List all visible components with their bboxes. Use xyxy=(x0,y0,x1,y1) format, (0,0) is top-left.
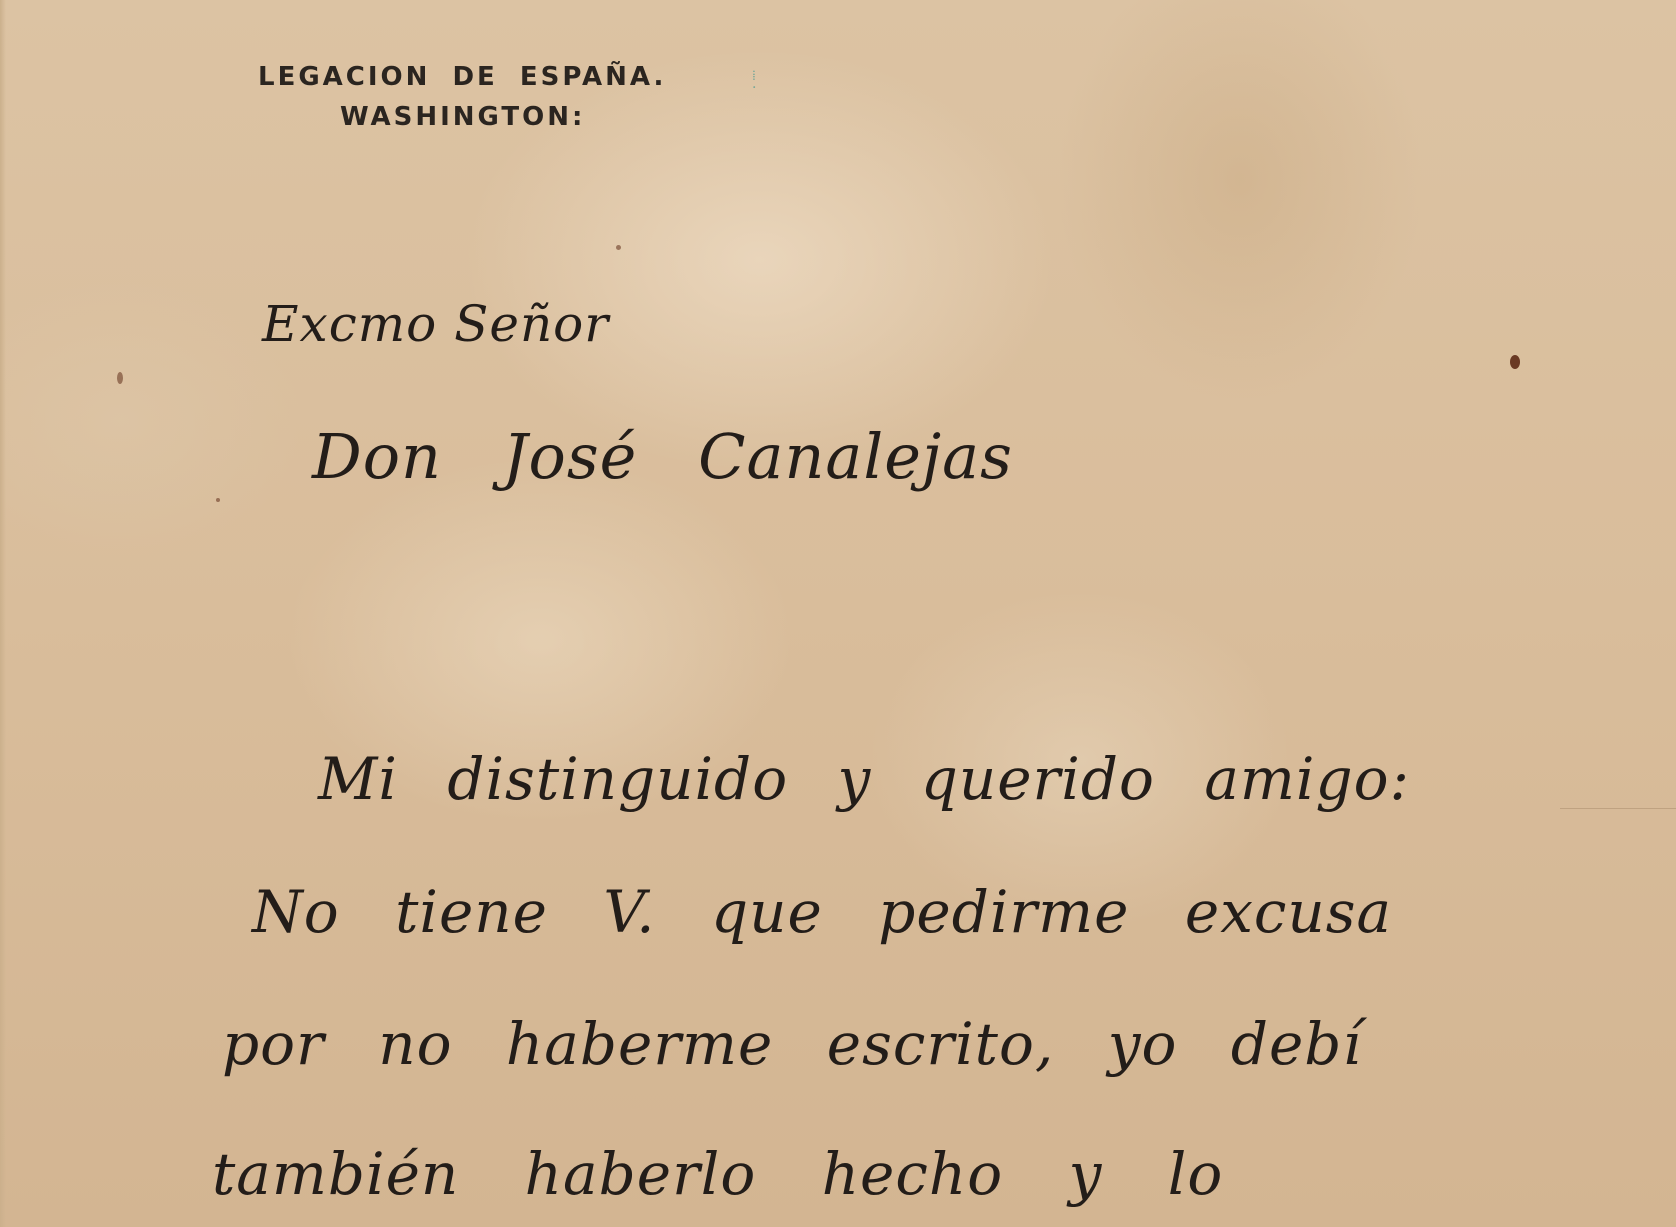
letterhead: LEGACION DE ESPAÑA. WASHINGTON: xyxy=(258,62,666,132)
letterhead-legation: LEGACION DE ESPAÑA. xyxy=(258,62,666,92)
body-line: también haberlo hecho y lo xyxy=(212,1140,1223,1208)
foxing-spot xyxy=(616,245,621,250)
paper-edge xyxy=(0,0,6,1227)
foxing-spot xyxy=(1510,355,1520,369)
foxing-spot xyxy=(117,372,123,384)
foxing-spot xyxy=(216,498,220,502)
letterhead-city: WASHINGTON: xyxy=(340,102,666,132)
paper-crease xyxy=(1560,808,1676,809)
body-line: Mi distinguido y querido amigo: xyxy=(318,745,1410,813)
salutation: Excmo Señor xyxy=(262,295,609,353)
recipient-name: Don José Canalejas xyxy=(312,420,1013,493)
ink-stamp-trace: ⁞· xyxy=(752,70,766,110)
body-line: No tiene V. que pedirme excusa xyxy=(252,878,1392,946)
body-line: por no haberme escrito, yo debí xyxy=(222,1010,1362,1078)
